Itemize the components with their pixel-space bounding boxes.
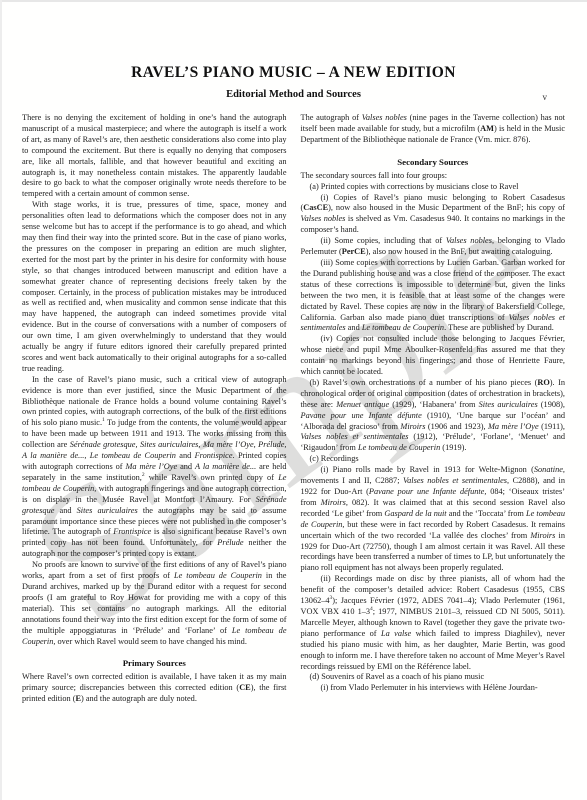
- paragraph-proofs: No proofs are known to survive of the fi…: [22, 560, 287, 647]
- list-item-i-piano-rolls: (i) Piano rolls made by Ravel in 1913 fo…: [301, 465, 566, 574]
- left-column: There is no denying the excitement of ho…: [22, 113, 287, 705]
- list-item-d-souvenirs: (d) Souvenirs of Ravel as a coach of his…: [301, 672, 566, 683]
- right-column: The autograph of Valses nobles (nine pag…: [301, 113, 566, 705]
- list-item-ii-disc-recordings: (ii) Recordings made on disc by three pi…: [301, 574, 566, 672]
- list-item-c-recordings: (c) Recordings: [301, 454, 566, 465]
- list-item-ii-perlemuter: (ii) Some copies, including that of Vals…: [301, 236, 566, 258]
- list-item-iv-not-consulted: (iv) Copies not consulted include those …: [301, 334, 566, 378]
- paragraph-intro: There is no denying the excitement of ho…: [22, 113, 287, 200]
- paragraph-stage-works: With stage works, it is true, pressures …: [22, 200, 287, 375]
- list-item-iii-garban: (iii) Some copies with corrections by Lu…: [301, 258, 566, 334]
- book-page: Sample v RAVEL’S PIANO MUSIC – A NEW EDI…: [0, 0, 587, 800]
- page-content: v RAVEL’S PIANO MUSIC – A NEW EDITION Ed…: [0, 64, 587, 705]
- paragraph-autograph-evidence: In the case of Ravel’s piano music, such…: [22, 375, 287, 560]
- list-item-i-casadesus: (i) Copies of Ravel’s piano music belong…: [301, 193, 566, 237]
- paragraph-primary-sources: Where Ravel’s own corrected edition is a…: [22, 672, 287, 705]
- section-heading-primary-sources: Primary Sources: [22, 658, 287, 668]
- list-item-i-perlemuter-interviews: (i) from Vlado Perlemuter in his intervi…: [301, 683, 566, 694]
- paragraph-four-groups: The secondary sources fall into four gro…: [301, 171, 566, 182]
- paragraph-valses-autograph: The autograph of Valses nobles (nine pag…: [301, 113, 566, 146]
- page-number: v: [543, 92, 548, 102]
- two-column-text: There is no denying the excitement of ho…: [0, 113, 587, 705]
- section-heading-secondary-sources: Secondary Sources: [301, 157, 566, 167]
- page-title: RAVEL’S PIANO MUSIC – A NEW EDITION: [0, 64, 587, 82]
- list-item-b-orchestrations: (b) Ravel’s own orchestrations of a numb…: [301, 378, 566, 454]
- page-subtitle: Editorial Method and Sources: [0, 89, 587, 100]
- list-item-a-printed-copies: (a) Printed copies with corrections by m…: [301, 182, 566, 193]
